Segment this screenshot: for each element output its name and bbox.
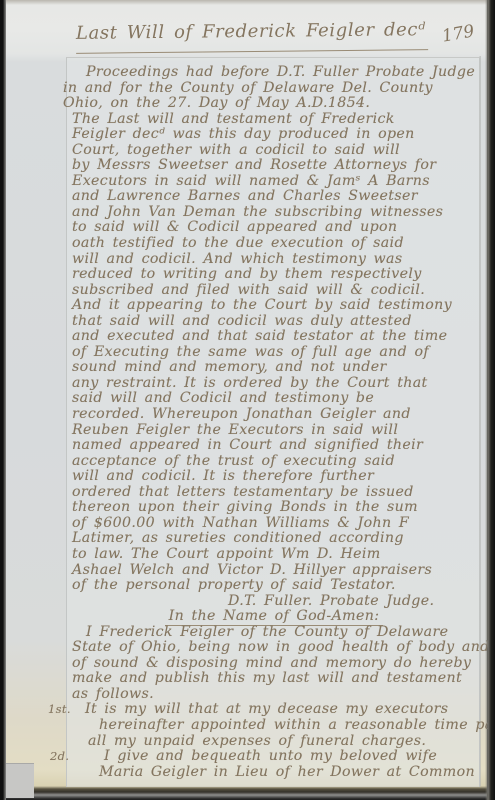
manuscript-line: will and codicil. It is therefore furthe… — [72, 468, 476, 484]
manuscript-line: sound mind and memory, and not under — [72, 359, 476, 375]
line-text: all my unpaid expenses of funeral charge… — [88, 733, 426, 749]
line-text: named appeared in Court and signified th… — [72, 437, 423, 453]
manuscript-line: Ashael Welch and Victor D. Hillyer appra… — [72, 562, 476, 578]
line-text: said will and Codicil and testimony be — [72, 390, 374, 406]
manuscript-line: Latimer, as sureties conditioned accordi… — [72, 530, 476, 546]
manuscript-line: will and codicil. And which testimony wa… — [72, 251, 476, 267]
manuscript-line: hereinafter appointed within a reasonabl… — [72, 717, 476, 733]
manuscript-line: In the Name of God-Amen: — [72, 608, 476, 624]
line-text: thereon upon their giving Bonds in the s… — [72, 499, 418, 515]
manuscript-line: I Frederick Feigler of the County of Del… — [72, 624, 476, 640]
line-text: recorded. Whereupon Jonathan Geigler and — [72, 406, 411, 422]
line-text: of sound & disposing mind and memory do … — [72, 655, 471, 671]
line-text: will and codicil. It is therefore furthe… — [72, 468, 374, 484]
line-text: I Frederick Feigler of the County of Del… — [86, 624, 448, 640]
line-text: as follows. — [72, 686, 154, 702]
manuscript-line: make and publish this my last will and t… — [72, 670, 476, 686]
line-text: Ohio, on the 27. Day of May A.D.1854. — [63, 95, 370, 111]
line-text: and John Van Deman the subscribing witne… — [72, 204, 443, 220]
line-text: subscribed and filed with said will & co… — [72, 282, 425, 298]
manuscript-line: thereon upon their giving Bonds in the s… — [72, 499, 476, 515]
manuscript-line: of $600.00 with Nathan Williams & John F — [72, 515, 476, 531]
line-text: It is my will that at my decease my exec… — [85, 701, 448, 717]
manuscript-line: in and for the County of Delaware Del. C… — [63, 80, 476, 96]
manuscript-line: oath testified to the due execution of s… — [72, 235, 476, 251]
page-title: Last Will of Frederick Feigler decᵈ — [76, 19, 428, 54]
line-text: any restraint. It is ordered by the Cour… — [72, 375, 428, 391]
manuscript-line: by Messrs Sweetser and Rosette Attorneys… — [72, 157, 476, 173]
line-text: sound mind and memory, and not under — [72, 359, 387, 375]
line-text: Court, together with a codicil to said w… — [72, 142, 400, 158]
manuscript-line: of the personal property of said Testato… — [72, 577, 476, 593]
line-text: that said will and codicil was duly atte… — [72, 313, 412, 329]
line-text: Reuben Feigler the Executors in said wil… — [72, 422, 398, 438]
manuscript-line: said will and Codicil and testimony be — [72, 390, 476, 406]
manuscript-line: 1st.It is my will that at my decease my … — [72, 701, 476, 717]
line-text: reduced to writing and by them respectiv… — [72, 266, 422, 282]
line-text: to said will & Codicil appeared and upon — [72, 219, 397, 235]
manuscript-line: to said will & Codicil appeared and upon — [72, 219, 476, 235]
line-text: of $600.00 with Nathan Williams & John F — [72, 515, 409, 531]
line-text: Proceedings had before D.T. Fuller Proba… — [86, 64, 475, 80]
item-marker: 2d. — [50, 749, 69, 763]
line-text: I give and bequeath unto my beloved wife — [104, 748, 437, 764]
manuscript-line: Proceedings had before D.T. Fuller Proba… — [72, 64, 476, 80]
line-text: Latimer, as sureties conditioned accordi… — [72, 530, 404, 546]
line-text: State of Ohio, being now in good health … — [72, 639, 490, 655]
line-text: to law. The Court appoint Wm D. Heim — [72, 546, 381, 562]
manuscript-line: State of Ohio, being now in good health … — [72, 639, 476, 655]
line-text: oath testified to the due execution of s… — [72, 235, 404, 251]
manuscript-line: Feigler decᵈ was this day produced in op… — [72, 126, 476, 142]
line-text: ordered that letters testamentary be iss… — [72, 484, 414, 500]
line-text: Maria Geigler in Lieu of her Dower at Co… — [99, 764, 475, 780]
manuscript-line: of sound & disposing mind and memory do … — [72, 655, 476, 671]
manuscript-line: And it appearing to the Court by said te… — [72, 297, 476, 313]
manuscript-line: D.T. Fuller. Probate Judge. — [72, 593, 476, 609]
manuscript-line: 2d.I give and bequeath unto my beloved w… — [72, 748, 476, 764]
line-text: of Executing the same was of full age an… — [72, 344, 429, 360]
line-text: acceptance of the trust of executing sai… — [72, 453, 395, 469]
line-text: And it appearing to the Court by said te… — [72, 297, 452, 313]
line-text: Executors in said will named & Jamˢ A Ba… — [72, 173, 430, 189]
manuscript-line: subscribed and filed with said will & co… — [72, 282, 476, 298]
line-text: by Messrs Sweetser and Rosette Attorneys… — [72, 157, 436, 173]
book-left-edge — [0, 0, 6, 800]
line-text: The Last will and testament of Frederick — [72, 111, 395, 127]
manuscript-line: and executed and that said testator at t… — [72, 328, 476, 344]
manuscript-line: Executors in said will named & Jamˢ A Ba… — [72, 173, 476, 189]
line-text: make and publish this my last will and t… — [72, 670, 462, 686]
manuscript-line: any restraint. It is ordered by the Cour… — [72, 375, 476, 391]
line-text: and Lawrence Barnes and Charles Sweetser — [72, 188, 418, 204]
line-text: Ashael Welch and Victor D. Hillyer appra… — [72, 562, 432, 578]
line-text: in and for the County of Delaware Del. C… — [63, 80, 433, 96]
manuscript-line: Reuben Feigler the Executors in said wil… — [72, 422, 476, 438]
line-text: D.T. Fuller. Probate Judge. — [228, 593, 434, 609]
manuscript-line: of Executing the same was of full age an… — [72, 344, 476, 360]
manuscript-line: and Lawrence Barnes and Charles Sweetser — [72, 188, 476, 204]
manuscript-line: The Last will and testament of Frederick — [72, 111, 476, 127]
line-text: and executed and that said testator at t… — [72, 328, 447, 344]
manuscript-line: reduced to writing and by them respectiv… — [72, 266, 476, 282]
page-fold-line — [479, 56, 481, 786]
manuscript-line: named appeared in Court and signified th… — [72, 437, 476, 453]
scanned-document-page: Last Will of Frederick Feigler decᵈ 179 … — [0, 0, 495, 800]
manuscript-line: Court, together with a codicil to said w… — [72, 142, 476, 158]
manuscript-line: all my unpaid expenses of funeral charge… — [72, 733, 476, 749]
manuscript-line: to law. The Court appoint Wm D. Heim — [72, 546, 476, 562]
line-text: of the personal property of said Testato… — [72, 577, 396, 593]
manuscript-line: Ohio, on the 27. Day of May A.D.1854. — [63, 95, 476, 111]
manuscript-line: ordered that letters testamentary be iss… — [72, 484, 476, 500]
manuscript-line: and John Van Deman the subscribing witne… — [72, 204, 476, 220]
manuscript-line: acceptance of the trust of executing sai… — [72, 453, 476, 469]
manuscript-line: Maria Geigler in Lieu of her Dower at Co… — [72, 764, 476, 780]
book-right-edge — [485, 0, 495, 800]
manuscript-line: as follows. — [72, 686, 476, 702]
line-text: will and codicil. And which testimony wa… — [72, 251, 403, 267]
line-text: hereinafter appointed within a reasonabl… — [99, 717, 495, 733]
line-text: Feigler decᵈ was this day produced in op… — [72, 126, 415, 142]
item-marker: 1st. — [48, 702, 71, 716]
manuscript-lines: Proceedings had before D.T. Fuller Proba… — [72, 64, 476, 779]
manuscript-line: recorded. Whereupon Jonathan Geigler and — [72, 406, 476, 422]
manuscript-line: that said will and codicil was duly atte… — [72, 313, 476, 329]
